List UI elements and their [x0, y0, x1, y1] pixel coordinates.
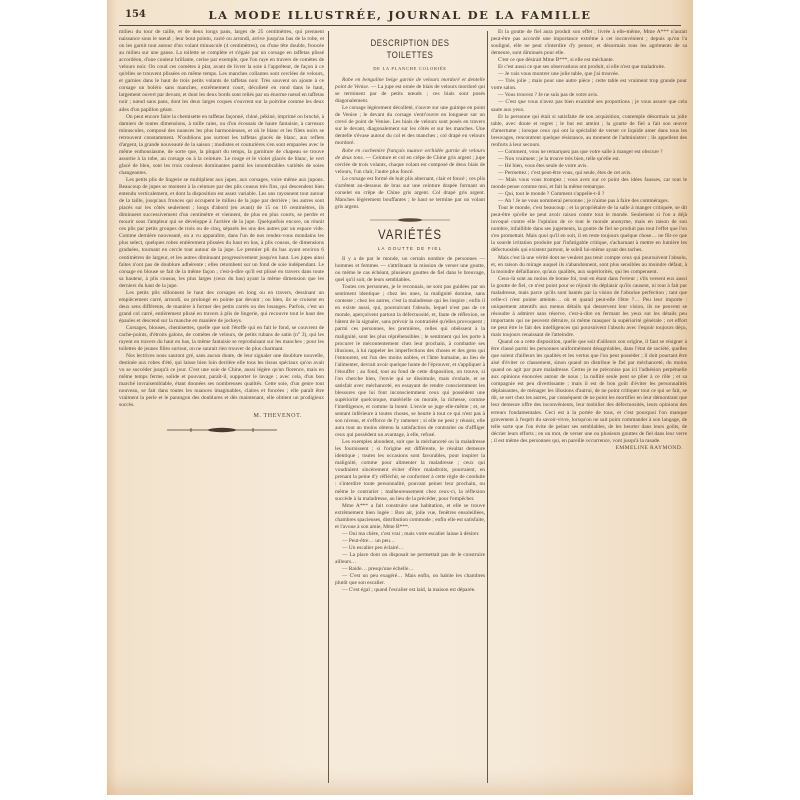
paragraph: Et la goutte de fiel aura produit son ef…	[491, 29, 687, 57]
dialogue-line: — Mais vous vous trompez ; vous avez sur…	[491, 177, 687, 191]
ornament-divider-icon	[167, 426, 277, 434]
author-signature: EMMELINE RAYMOND.	[608, 445, 683, 452]
paragraph: Mme A*** a fait construire une habitatio…	[335, 503, 485, 531]
dialogue-line: — Oui ma chère, c'est vrai ; mais votre …	[335, 531, 485, 538]
column-divider-1	[328, 31, 329, 783]
ornament-divider-icon	[370, 217, 450, 223]
description-paragraph: Le corsage légèrement décolleté, s'ouvre…	[335, 105, 485, 147]
header-rule	[119, 25, 681, 26]
paragraph: Quand on a cette disposition, quelle que…	[491, 339, 687, 445]
column-fashion-chronicle: milieu du tour de taille, et de deux lon…	[119, 29, 324, 764]
dialogue-line: — Comment, vous ne remarquez pas que vot…	[491, 149, 687, 156]
section-subtitle: DE LA PLANCHE COLORIÉE	[335, 65, 485, 72]
dialogue-line: — Non vraiment ; je la trouve très bien,…	[491, 156, 687, 163]
dialogue-line: — Vous trouvez ? Je ne suis pas de votre…	[491, 92, 687, 99]
paragraph: Et la personne qui était si satisfaite d…	[491, 114, 687, 149]
garment-text: Le corsage est formé de huit plis altern…	[335, 176, 485, 210]
dialogue-line: — Permettez ; c'est peut-être vous, qui …	[491, 170, 687, 177]
dialogue-line: — Ah ! Je ne vous nommerai personne ; je…	[491, 198, 687, 205]
author-signature: M. THEVENOT.	[119, 413, 324, 420]
paragraph: Les petits plis de lingerie se multiplie…	[119, 177, 324, 290]
column-varietes-continued: Et la goutte de fiel aura produit son ef…	[491, 29, 687, 764]
dialogue-line: — Très jolie ; mais pour une autre pièce…	[491, 78, 687, 92]
paragraph: Et c'est aussi ce que ses observations o…	[491, 64, 687, 71]
dialogue-line: — C'est que vous n'avez pas bien examiné…	[491, 99, 687, 113]
garment-text: Le corsage légèrement décolleté, s'ouvre…	[335, 105, 485, 146]
paragraph: On peut encore faire la chemisette en ta…	[119, 114, 324, 177]
paragraph: Ceux-là sont au moins de bonne foi, tout…	[491, 276, 687, 339]
dialogue-line: — Hé bien, vous êtes seule de votre avis…	[491, 163, 687, 170]
section-title-description: DESCRIPTION DES TOILETTES	[349, 38, 472, 62]
paragraph: Mais c'est là une vérité dont ne veulent…	[491, 255, 687, 276]
magazine-page: 154 LA MODE ILLUSTRÉE, JOURNAL DE LA FAM…	[107, 0, 693, 795]
paragraph: Toutes ces personnes, je le reconnais, n…	[335, 284, 485, 439]
dialogue-line: — La place dont on disposait ne permetta…	[335, 552, 485, 566]
paragraph: Les petits plis sillonnent le haut des c…	[119, 290, 324, 325]
paragraph: Nos lectrices nous sauront gré, sans auc…	[119, 353, 324, 409]
description-paragraph: Le corsage est formé de huit plis altern…	[335, 176, 485, 211]
dialogue-line: — Je vais vous montrer une jolie table, …	[491, 71, 687, 78]
description-paragraph: Robe en cachemire français nuance orchid…	[335, 148, 485, 176]
column-descriptions-varietes: DESCRIPTION DES TOILETTES DE LA PLANCHE …	[335, 29, 485, 764]
column-divider-2	[487, 31, 488, 783]
page-header: 154 LA MODE ILLUSTRÉE, JOURNAL DE LA FAM…	[119, 6, 681, 24]
description-paragraph: Robe en bengaline beige garnie de velour…	[335, 77, 485, 105]
dialogue-line: — C'est un peu exagéré… Mais enfin, on h…	[335, 573, 485, 587]
section-subtitle-goutte-de-fiel: LA GOUTTE DE FIEL	[335, 245, 485, 252]
paragraph: Corsages, blouses, chemisettes, quelle q…	[119, 325, 324, 353]
paragraph: Les exemples abondent, soit que la mécha…	[335, 439, 485, 502]
dialogue-line: — Un escalier peu éclairé…	[335, 545, 485, 552]
journal-title: LA MODE ILLUSTRÉE, JOURNAL DE LA FAMILLE	[119, 8, 681, 22]
paragraph: Tout le monde, c'est beaucoup ; et la pr…	[491, 205, 687, 254]
closing-paragraph-text: Quand on a cette disposition, quelle que…	[491, 339, 687, 444]
paragraph: milieu du tour de taille, et de deux lon…	[119, 29, 324, 114]
paragraph: C'est ce que désirait Mme B***, si elle …	[491, 57, 687, 64]
dialogue-line: — C'est égal ; quand l'escalier est laid…	[335, 587, 485, 594]
dialogue-line: — Peut-être… un peu…	[335, 538, 485, 545]
paragraph: Il y a de par le monde, un certain nombr…	[335, 256, 485, 284]
section-title-varietes: VARIÉTÉS	[346, 227, 474, 242]
